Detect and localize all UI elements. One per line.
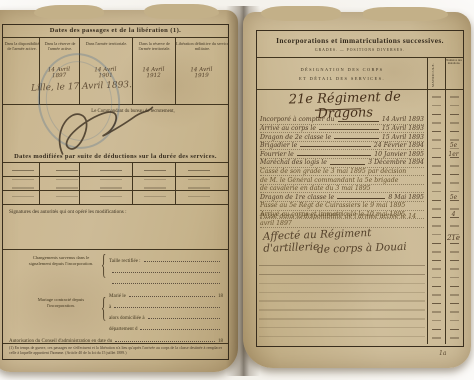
grid-rule	[3, 204, 228, 205]
taille-line: Taille rectifiée :	[109, 253, 223, 264]
dotted-blank	[129, 288, 215, 297]
left-page: Dates des passages et de la libération (…	[0, 10, 238, 372]
marriage-line-4: département d	[109, 321, 223, 332]
changes-label: Changements survenus dans le signalement…	[25, 255, 97, 267]
entry-text: Passé dans la disponibilité de l'armée a…	[260, 214, 424, 226]
signatures-caption: Signatures des autorités qui ont opéré l…	[9, 209, 209, 215]
torn-edge-left-2	[144, 4, 219, 19]
torn-edge-left-1	[34, 5, 104, 19]
dotted-blank	[144, 253, 220, 262]
col-header-reserve-active: Dans la réserve de l'armée active.	[39, 39, 81, 54]
dotted-blank	[114, 299, 220, 308]
rp-main-header-1: DÉSIGNATION DES CORPS	[267, 67, 417, 72]
ink-rule	[337, 192, 385, 199]
entry-value: 5e	[445, 194, 462, 201]
rp-col-line-2	[445, 57, 446, 344]
marriage-line-3: alors domiciliée à	[109, 310, 223, 321]
dotted-blank	[112, 275, 220, 284]
right-page-title: Incorporations et immatriculations succe…	[265, 36, 455, 45]
ink-rule	[297, 149, 371, 156]
dotted-blank	[115, 333, 215, 342]
page-mark: 1a	[439, 350, 446, 357]
marriage-line-2: à	[109, 299, 223, 310]
dotted-blank	[112, 264, 220, 273]
date-liberation: 14 Avril 1919	[175, 66, 228, 80]
entry-value: 1er	[445, 151, 462, 158]
affectation-line-2: de corps à Douai	[317, 240, 427, 256]
torn-edge-right-1	[261, 6, 341, 21]
col-header-disponibilite: Dans la disponibilité de l'armée active.	[3, 39, 41, 54]
rp-col-line-1	[427, 57, 428, 344]
matricule-dashes	[432, 89, 441, 344]
entry-value: 5e	[445, 142, 462, 149]
changes-brace: {	[101, 250, 106, 281]
ink-rule	[334, 132, 379, 139]
entry-value: 4	[445, 211, 462, 218]
col-header-liberation: Libération définitive du service militai…	[175, 39, 230, 54]
marriage-label: Mariage contracté depuis l'incorporation…	[25, 297, 97, 309]
rp-col-matricule-header: MATRICULE.	[431, 59, 435, 87]
scanned-military-booklet: Dates des passages et de la libération (…	[0, 0, 474, 380]
left-page-frame: Dates des passages et de la libération (…	[2, 24, 229, 360]
ink-rule	[300, 140, 370, 147]
ink-rule	[338, 115, 379, 122]
ink-rule	[330, 158, 365, 165]
marriage-line-1: Marié le 18	[109, 288, 223, 299]
changes-blank-line	[109, 264, 223, 275]
rp-main-header-2: ET DÉTAIL DES SERVICES.	[267, 76, 417, 81]
right-page-frame: Incorporations et immatriculations succe…	[256, 30, 464, 347]
right-page-subtitle: GRADES. — POSITIONS DIVERSES.	[287, 48, 433, 52]
table-top-rule	[3, 37, 228, 38]
footnote: (1) En temps de guerre, ces passages ne …	[3, 343, 228, 355]
rp-col-numeros-header: Numéros des mutations.	[446, 59, 462, 66]
section-divider	[3, 249, 228, 250]
left-page-title: Dates des passages et de la libération (…	[23, 27, 208, 34]
date-reserve-territoriale: 14 Avril 1912	[132, 66, 175, 79]
marriage-prefix-4: département d	[109, 327, 137, 332]
ink-rule	[319, 123, 379, 130]
modified-dates-title: Dates modifiées par suite de déductions …	[5, 153, 226, 160]
torn-edge-right-2	[363, 7, 448, 21]
col-header-reserve-territoriale: Dans la réserve de l'armée territoriale.	[132, 39, 177, 54]
marriage-brace: {	[101, 293, 106, 324]
right-page: Incorporations et immatriculations succe…	[243, 12, 471, 368]
dotted-blank	[148, 310, 220, 319]
affectation-value: 21e	[445, 234, 462, 242]
rp-table-top	[257, 57, 463, 58]
grid-dashes	[3, 162, 228, 204]
col-header-territoriale: Dans l'armée territoriale.	[79, 39, 134, 48]
empty-ruled-lines	[259, 257, 425, 344]
changes-blank-line	[109, 275, 223, 286]
dotted-blank	[140, 321, 220, 330]
